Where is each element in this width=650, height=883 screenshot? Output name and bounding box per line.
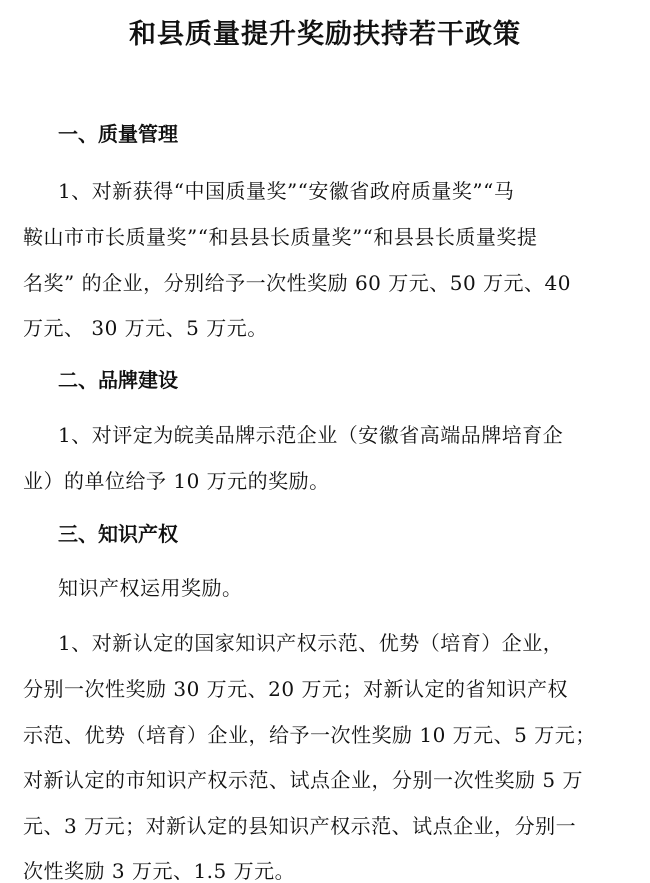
section-heading-brand-building: 二、品牌建设 [58, 364, 178, 393]
paragraph-line: 1、对新获得“中国质量奖”“安徽省政府质量奖”“马 [58, 175, 514, 204]
section-heading-intellectual-property: 三、知识产权 [58, 518, 178, 547]
paragraph-line: 1、对评定为皖美品牌示范企业（安徽省高端品牌培育企 [58, 419, 563, 448]
paragraph-line: 次性奖励 3 万元、1.5 万元。 [23, 855, 295, 883]
paragraph-line: 名奖” 的企业，分别给予一次性奖励 60 万元、50 万元、40 [23, 267, 571, 296]
paragraph-line: 鞍山市市长质量奖”“和县县长质量奖”“和县县长质量奖提 [23, 221, 537, 250]
document-page: 和县质量提升奖励扶持若干政策 一、质量管理 1、对新获得“中国质量奖”“安徽省政… [0, 0, 650, 883]
paragraph-line: 对新认定的市知识产权示范、试点企业，分别一次性奖励 5 万 [23, 764, 583, 793]
paragraph-line: 示范、优势（培育）企业，给予一次性奖励 10 万元、5 万元； [23, 719, 596, 748]
document-title: 和县质量提升奖励扶持若干政策 [0, 12, 650, 51]
section-heading-quality-management: 一、质量管理 [58, 118, 178, 147]
paragraph-line: 分别一次性奖励 30 万元、20 万元；对新认定的省知识产权 [23, 673, 568, 702]
paragraph-line: 知识产权运用奖励。 [58, 572, 243, 601]
paragraph-line: 1、对新认定的国家知识产权示范、优势（培育）企业， [58, 627, 563, 656]
paragraph-line: 万元、 30 万元、5 万元。 [23, 312, 268, 341]
paragraph-line: 元、3 万元；对新认定的县知识产权示范、试点企业，分别一 [23, 810, 576, 839]
paragraph-line: 业）的单位给予 10 万元的奖励。 [23, 465, 330, 494]
